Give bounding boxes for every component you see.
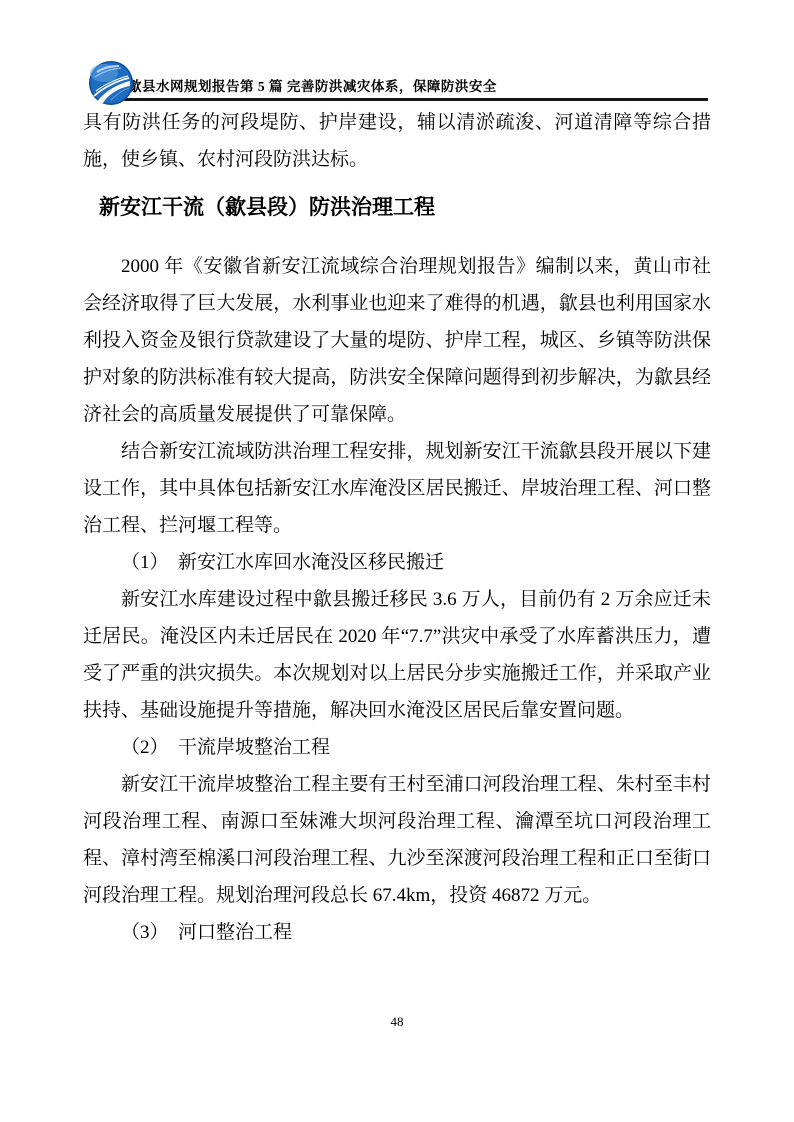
- document-body: 具有防洪任务的河段堤防、护岸建设，辅以清淤疏浚、河道清障等综合措施，使乡镇、农村…: [83, 104, 711, 951]
- document-page: 歙县水网规划报告第 5 篇 完善防洪减灾体系，保障防洪安全 具有防洪任务的河段堤…: [0, 0, 794, 1122]
- page-number: 48: [391, 1014, 404, 1029]
- page-footer: 48: [0, 1014, 794, 1030]
- paragraph: 2000 年《安徽省新安江流域综合治理规划报告》编制以来，黄山市社会经济取得了巨…: [83, 248, 711, 433]
- paragraph: 新安江干流岸坡整治工程主要有王村至浦口河段治理工程、朱村至丰村河段治理工程、南源…: [83, 766, 711, 914]
- paragraph: 具有防洪任务的河段堤防、护岸建设，辅以清淤疏浚、河道清障等综合措施，使乡镇、农村…: [83, 104, 711, 178]
- water-network-logo-icon: [88, 60, 134, 106]
- section-heading: 新安江干流（歙县段）防洪治理工程: [99, 194, 711, 222]
- numbered-item: （3） 河口整治工程: [83, 914, 711, 951]
- numbered-item: （1） 新安江水库回水淹没区移民搬迁: [83, 544, 711, 581]
- paragraph: 结合新安江流域防洪治理工程安排，规划新安江干流歙县段开展以下建设工作，其中具体包…: [83, 433, 711, 544]
- header-title: 歙县水网规划报告第 5 篇 完善防洪减灾体系，保障防洪安全: [120, 75, 708, 101]
- numbered-item: （2） 干流岸坡整治工程: [83, 729, 711, 766]
- paragraph: 新安江水库建设过程中歙县搬迁移民 3.6 万人，目前仍有 2 万余应迁未迁居民。…: [83, 581, 711, 729]
- page-header: 歙县水网规划报告第 5 篇 完善防洪减灾体系，保障防洪安全: [88, 60, 708, 108]
